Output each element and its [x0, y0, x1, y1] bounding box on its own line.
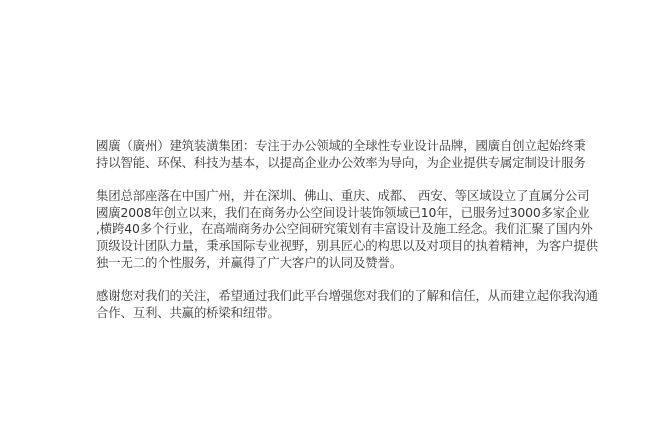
text-line: 顶级设计团队力量，秉承国际专业视野，别具匠心的构思以及对项目的执着精神，为客户提…	[96, 238, 576, 255]
text-line: 國廣2008年创立以来，我们在商务办公空间设计装饰领域已10年，已服务过3000…	[96, 205, 576, 222]
text-line: 國廣（廣州）建筑装潢集团：专注于办公领域的全球性专业设计品牌，國廣自创立起始终秉	[96, 138, 576, 155]
company-intro-text: 國廣（廣州）建筑装潢集团：专注于办公领域的全球性专业设计品牌，國廣自创立起始终秉…	[96, 138, 576, 321]
text-line: 持以智能、环保、科技为基本，以提高企业办公效率为导向，为企业提供专属定制设计服务	[96, 155, 576, 172]
paragraph-spacer	[96, 271, 576, 288]
paragraph-company-history: 集团总部座落在中国广州，并在深圳、佛山、重庆、成都、 西安、等区域设立了直属分公…	[96, 188, 576, 271]
paragraph-thanks: 感谢您对我们的关注，希望通过我们此平台增强您对我们的了解和信任，从而建立起你我沟…	[96, 288, 576, 321]
text-line: ,横跨40多个行业，在高端商务办公空间研究策划有丰富设计及施工经念。我们汇聚了国…	[96, 221, 576, 238]
text-line: 独一无二的个性服务，并赢得了广大客户的认同及赞誉。	[96, 255, 576, 272]
text-line: 集团总部座落在中国广州，并在深圳、佛山、重庆、成都、 西安、等区域设立了直属分公…	[96, 188, 576, 205]
paragraph-brand-intro: 國廣（廣州）建筑装潢集团：专注于办公领域的全球性专业设计品牌，國廣自创立起始终秉…	[96, 138, 576, 171]
text-line: 合作、互利、共赢的桥梁和纽带。	[96, 305, 576, 322]
text-line: 感谢您对我们的关注，希望通过我们此平台增强您对我们的了解和信任，从而建立起你我沟…	[96, 288, 576, 305]
paragraph-spacer	[96, 171, 576, 188]
